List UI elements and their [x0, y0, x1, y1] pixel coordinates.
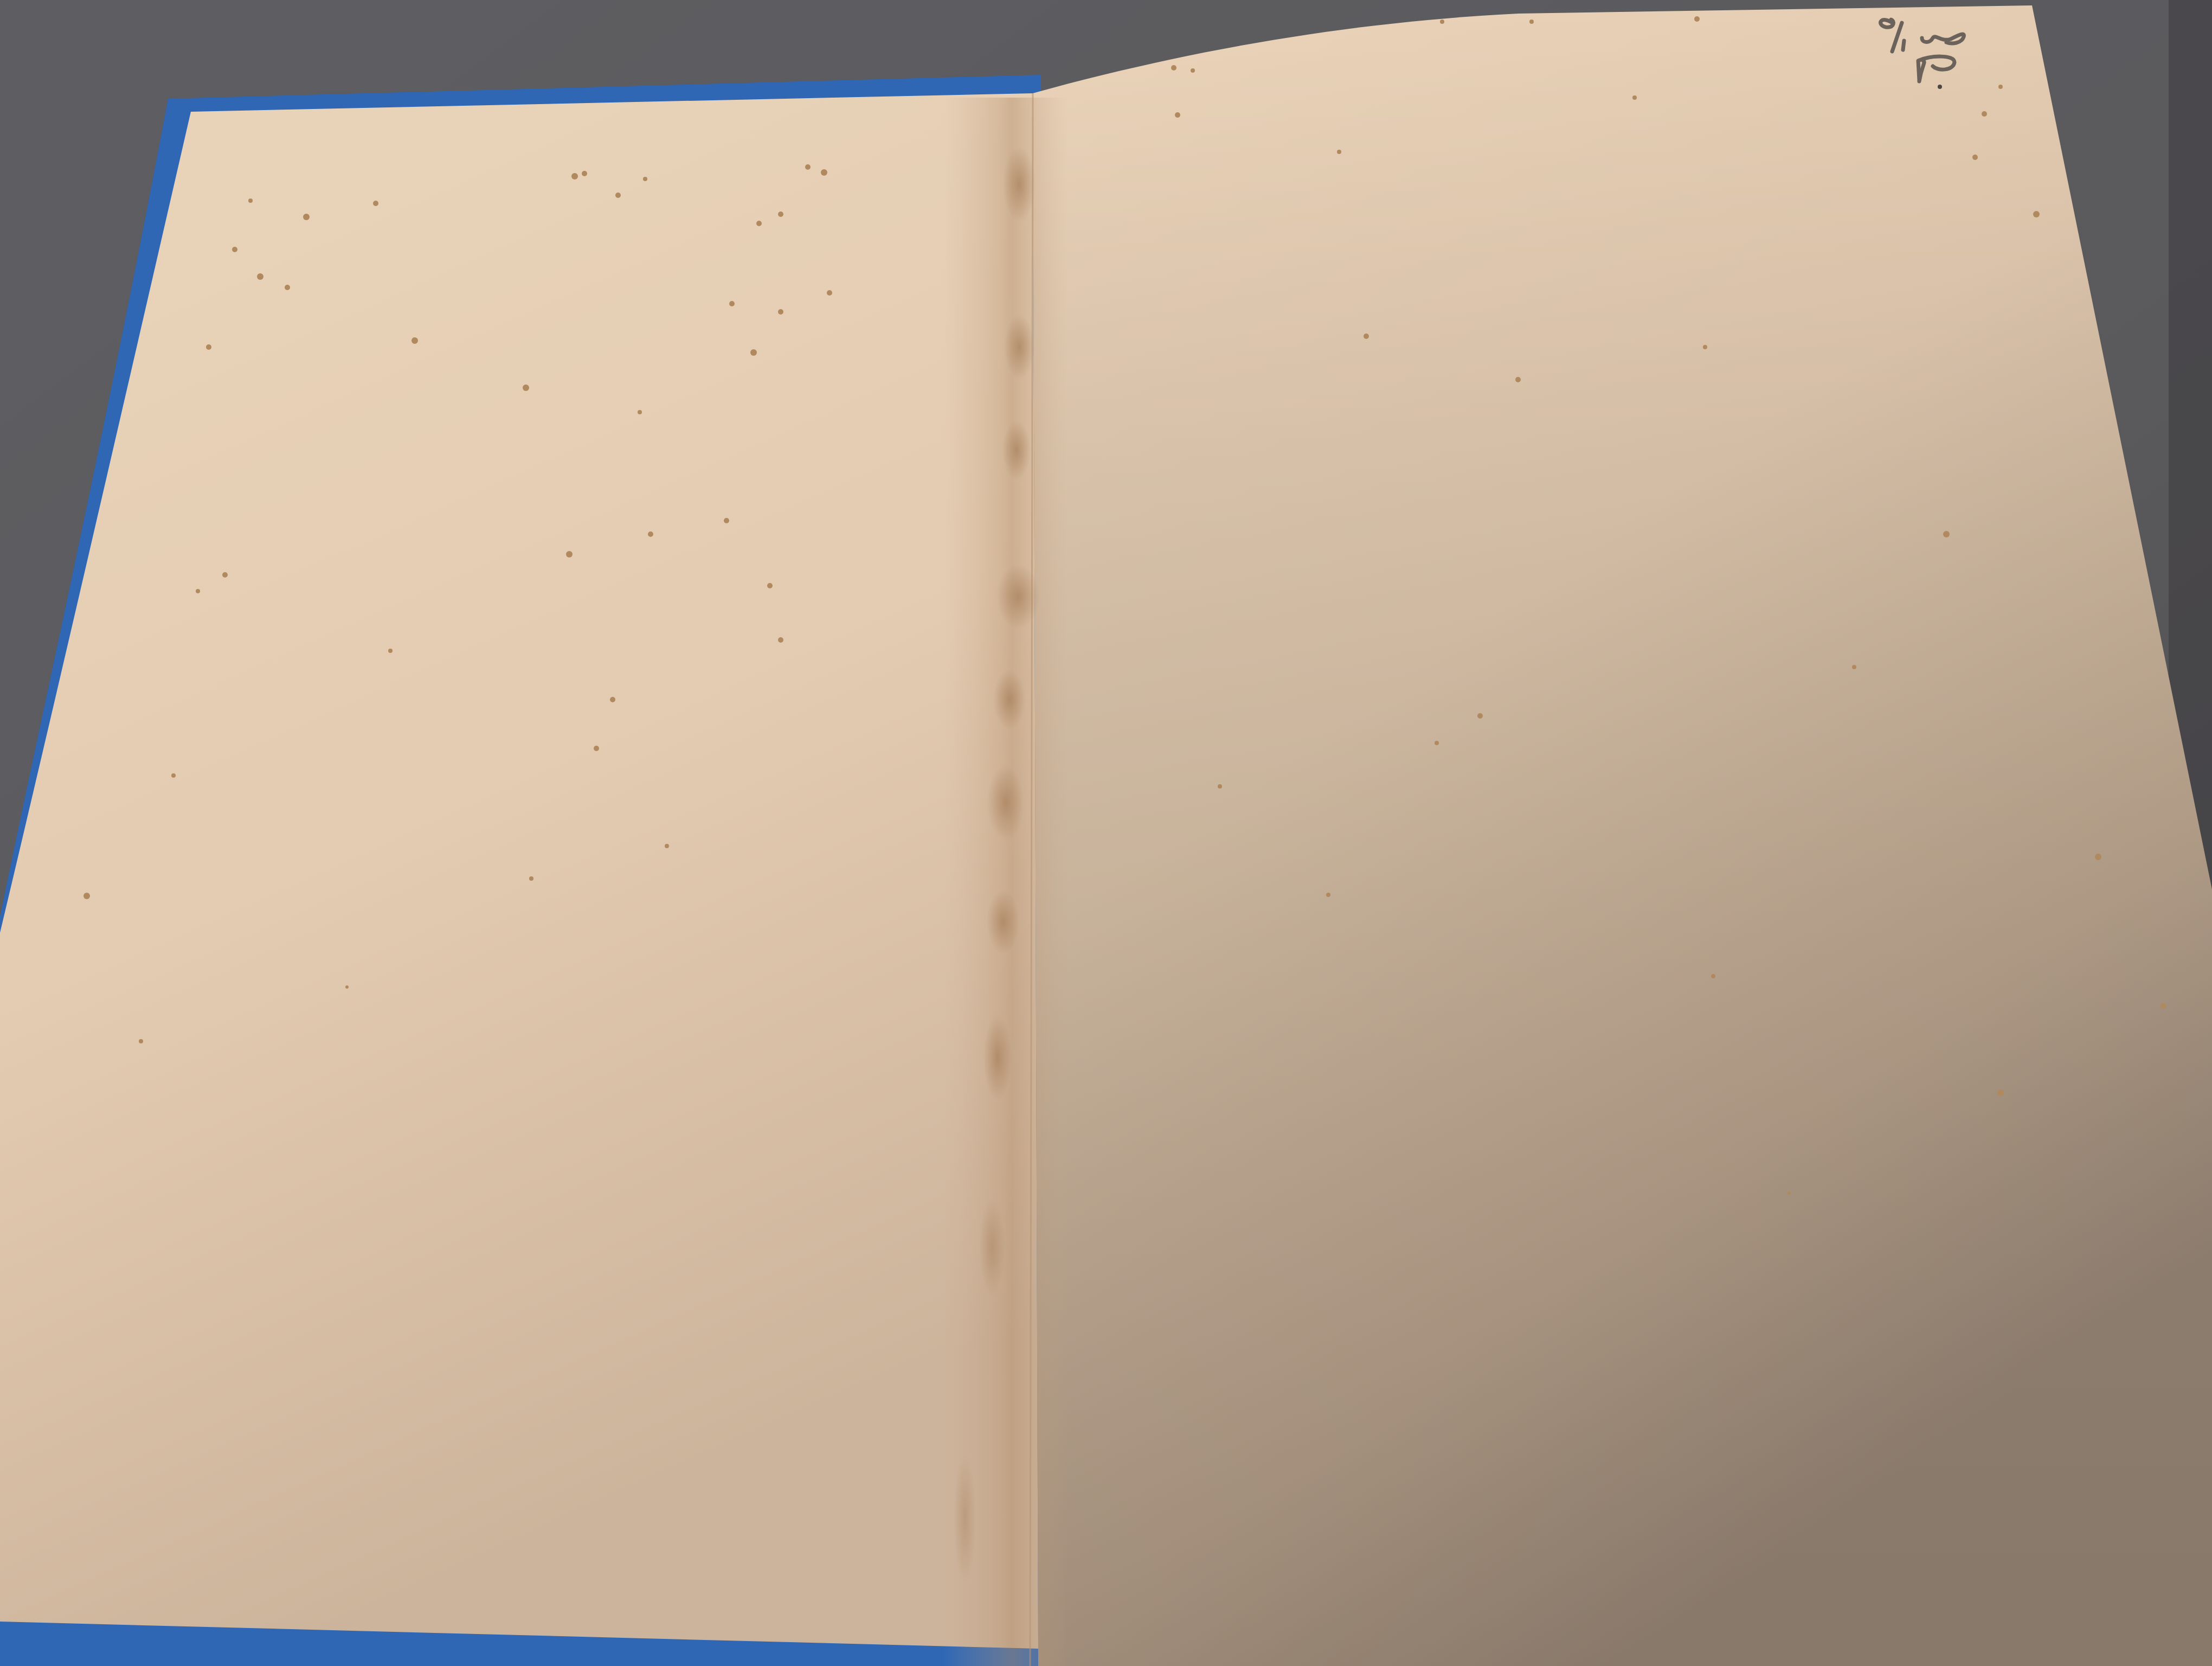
left-page	[0, 93, 1038, 1649]
book-photo: Open hardcover book showing blank foxed …	[0, 0, 2212, 1666]
book-illustration	[0, 0, 2212, 1666]
